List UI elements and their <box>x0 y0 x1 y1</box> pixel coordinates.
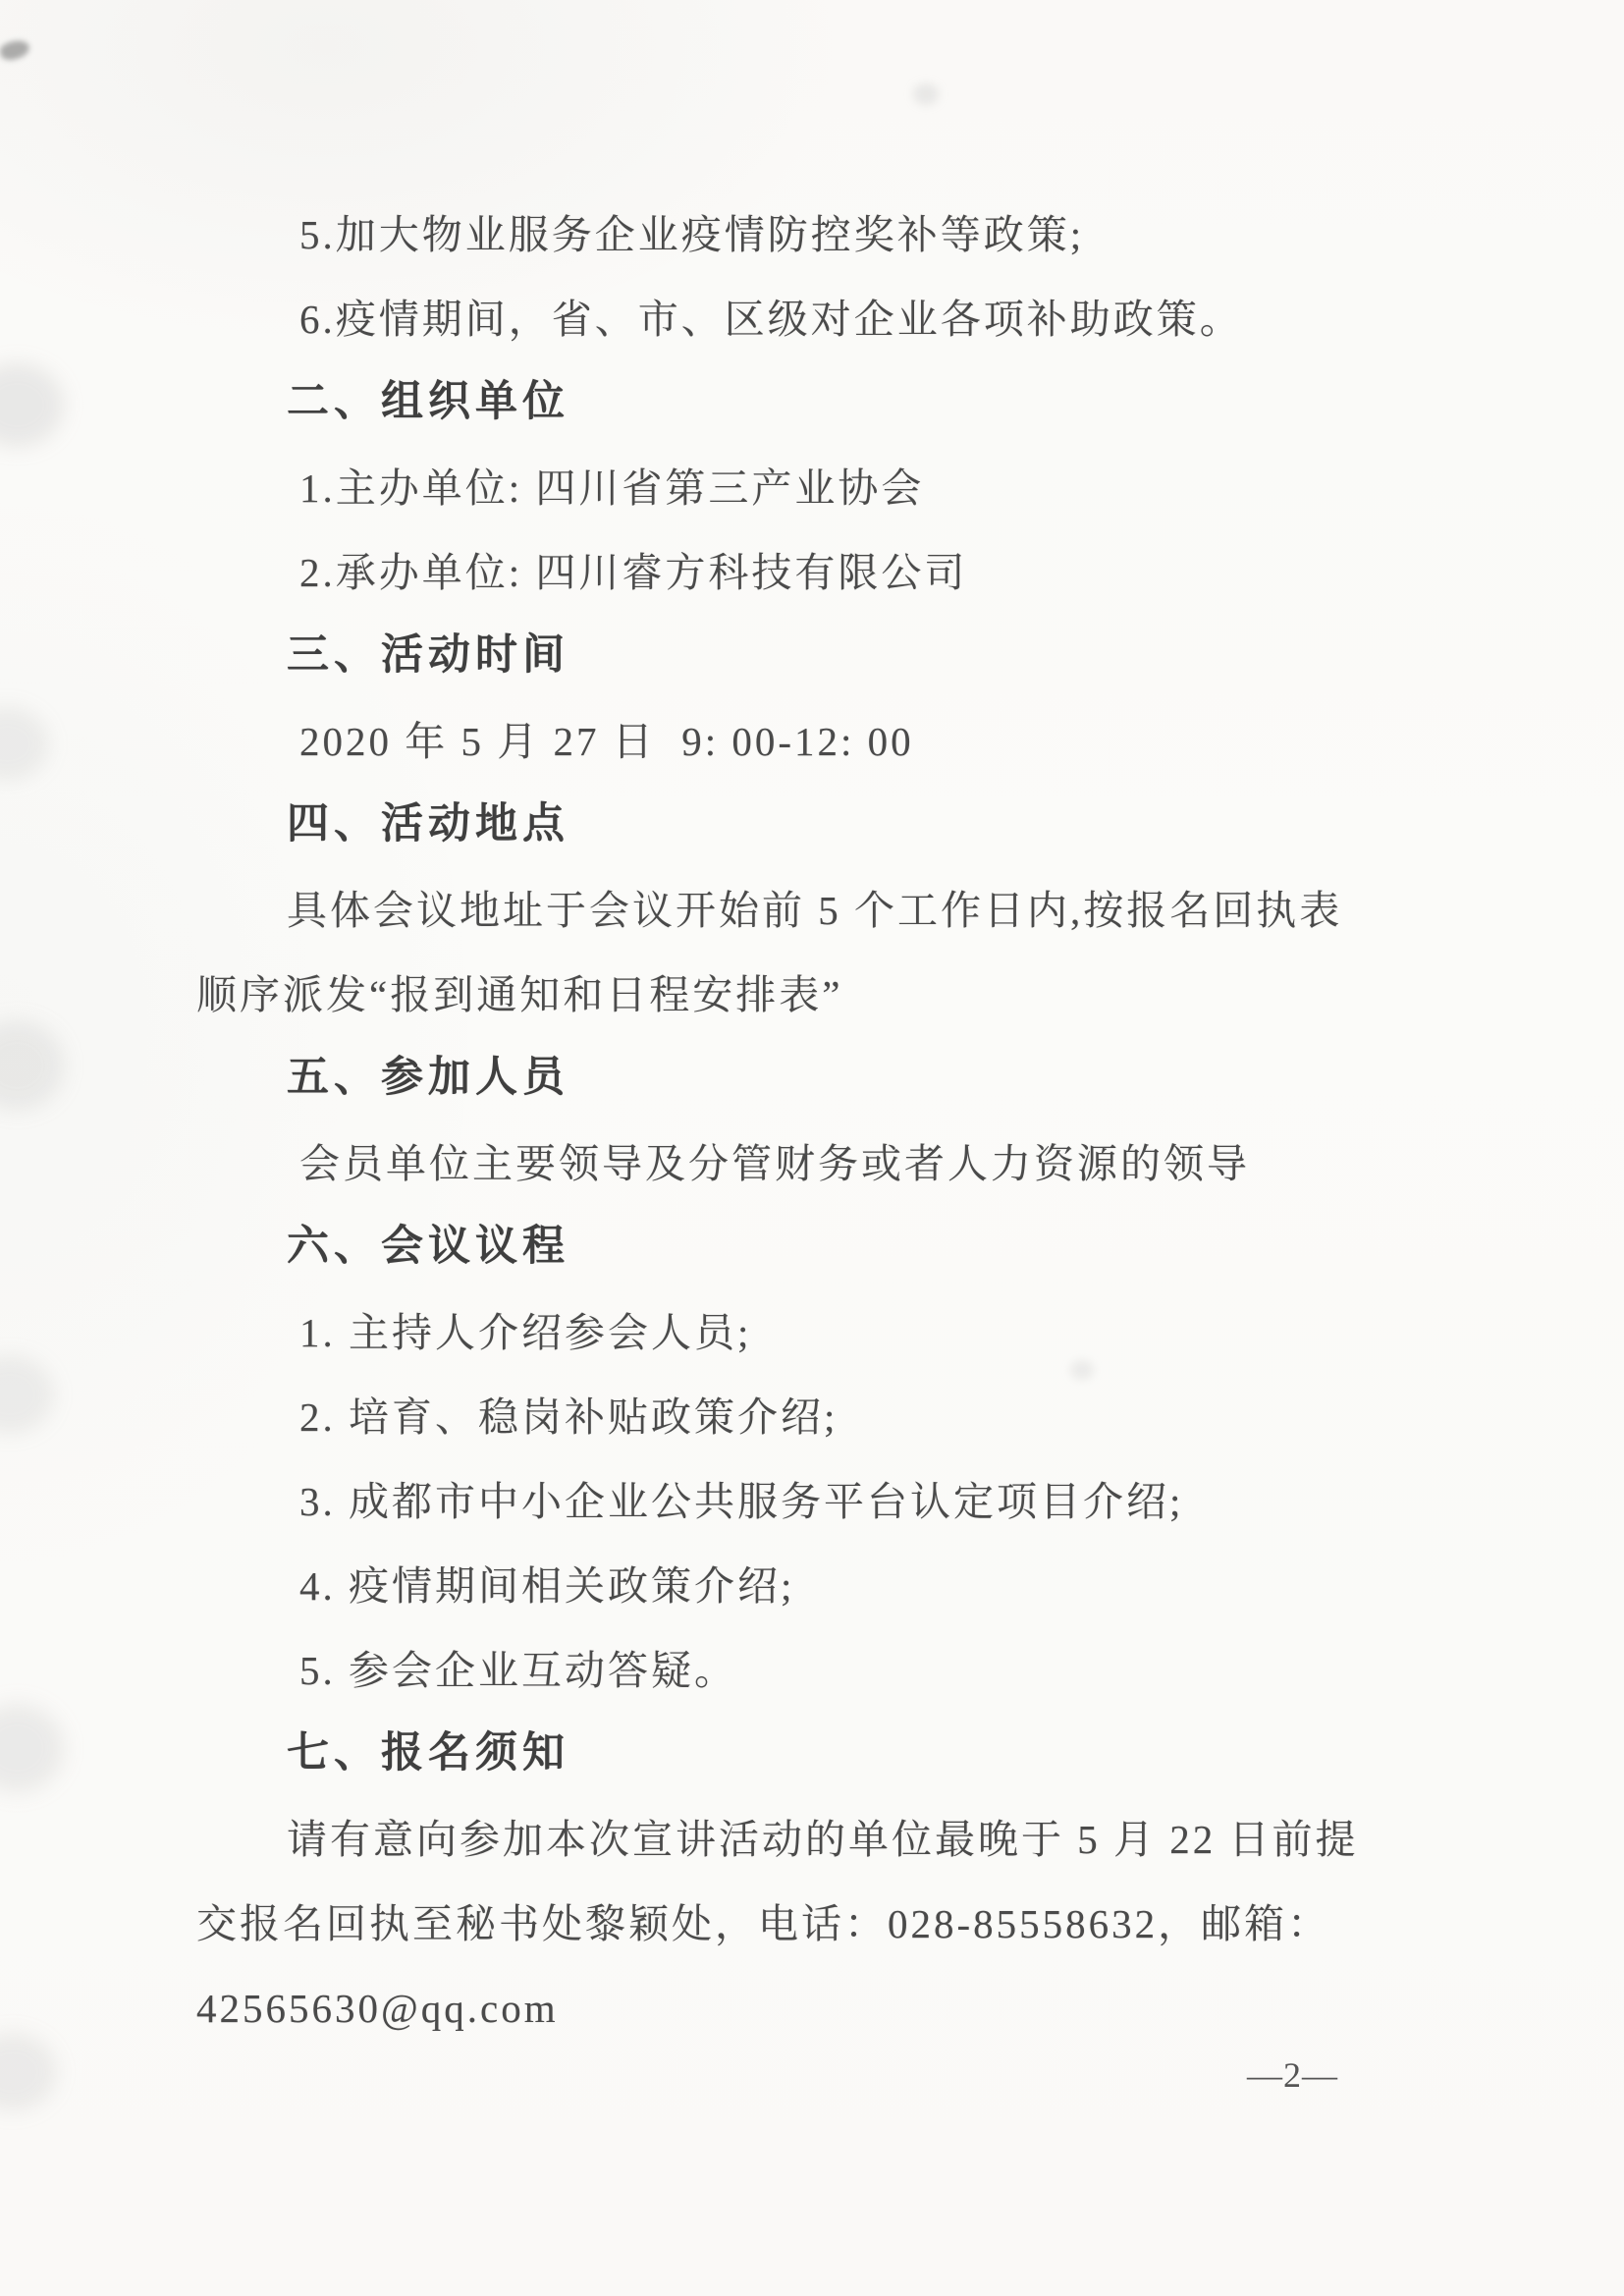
list-item: 5.加大物业服务企业疫情防控奖补等政策; <box>299 210 1084 259</box>
event-datetime: 2020 年 5 月 27 日 9: 00-12: 00 <box>299 717 914 766</box>
section-heading: 七、报名须知 <box>287 1728 569 1777</box>
section-heading: 五、参加人员 <box>287 1053 569 1102</box>
section-heading: 二、组织单位 <box>287 377 569 426</box>
scan-artifact <box>1070 1360 1094 1380</box>
list-item: 1.主办单位: 四川省第三产业协会 <box>299 464 924 513</box>
paragraph-line: 顺序派发“报到通知和日程安排表” <box>196 970 842 1019</box>
section-heading: 四、活动地点 <box>287 799 569 848</box>
section-heading: 三、活动时间 <box>287 630 569 680</box>
scan-artifact <box>0 1704 64 1792</box>
contact-email: 42565630@qq.com <box>196 1984 559 2033</box>
list-item: 2.承办单位: 四川睿方科技有限公司 <box>299 548 967 597</box>
document-page: 5.加大物业服务企业疫情防控奖补等政策; 6.疫情期间，省、市、区级对企业各项补… <box>0 0 1624 2296</box>
paragraph-line: 请有意向参加本次宣讲活动的单位最晚于 5 月 22 日前提 <box>287 1815 1359 1864</box>
scan-artifact <box>0 707 49 781</box>
list-item: 4. 疫情期间相关政策介绍; <box>299 1561 794 1611</box>
list-item: 3. 成都市中小企业公共服务平台认定项目介绍; <box>299 1477 1183 1526</box>
scan-artifact <box>0 1355 54 1434</box>
scan-artifact <box>0 1021 64 1110</box>
scan-artifact <box>0 363 64 447</box>
section-heading: 六、会议议程 <box>287 1222 569 1271</box>
scan-artifact <box>0 2033 57 2111</box>
paragraph-line: 交报名回执至秘书处黎颖处，电话：028-85558632，邮箱： <box>196 1899 1330 1948</box>
list-item: 5. 参会企业互动答疑。 <box>299 1646 737 1695</box>
scan-artifact <box>0 37 31 63</box>
page-number: —2— <box>1247 2054 1338 2096</box>
paragraph-line: 会员单位主要领导及分管财务或者人力资源的领导 <box>299 1139 1250 1188</box>
list-item: 1. 主持人介绍参会人员; <box>299 1308 751 1357</box>
list-item: 6.疫情期间，省、市、区级对企业各项补助政策。 <box>299 295 1243 344</box>
scan-artifact <box>913 83 939 105</box>
paragraph-line: 具体会议地址于会议开始前 5 个工作日内,按报名回执表 <box>287 886 1342 935</box>
list-item: 2. 培育、稳岗补贴政策介绍; <box>299 1393 838 1442</box>
